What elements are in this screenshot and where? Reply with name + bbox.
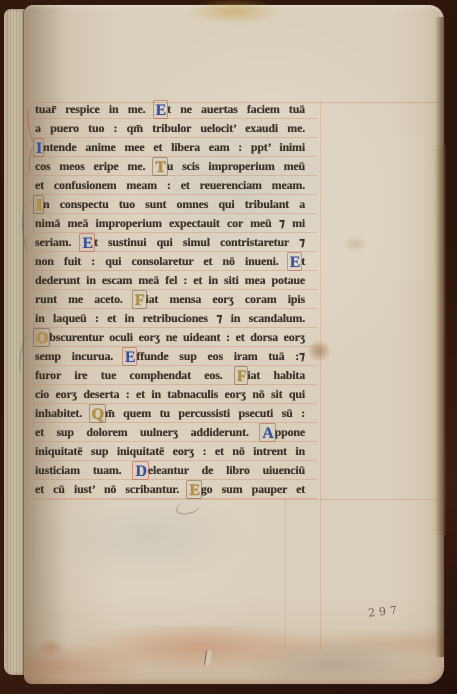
text-line: non fuit : qui consolaretur et nō inueni… <box>35 252 305 271</box>
stain-bottom-band <box>24 626 444 684</box>
stain-smudge <box>342 235 368 253</box>
text-segment: cos meos eripe me. <box>35 159 154 173</box>
text-segment: non fuit : qui consolaretur et nō inueni… <box>35 254 289 268</box>
page-edge-stack <box>4 9 26 675</box>
text-segment: ffunde sup eos iram tuā :⁊ <box>136 349 305 363</box>
text-segment: ntende anime mee et libera eam : ppt’ in… <box>43 140 305 154</box>
text-segment: seriam. <box>35 235 81 249</box>
illuminated-initial-f: F <box>134 292 146 309</box>
illuminated-initial-e: E <box>188 482 200 499</box>
text-segment: inhabitet. <box>35 406 91 420</box>
text-segment: runt me aceto. <box>35 292 134 306</box>
text-segment: n conspectu tuo sunt omnes qui tribulant… <box>43 197 305 211</box>
text-line: inhabitet. Qm̄ quem tu percussisti psecu… <box>35 404 305 423</box>
folio-number: 297 <box>367 603 401 619</box>
text-block: tuar̄ respice in me. Et ne auertas facie… <box>35 100 305 499</box>
illuminated-initial-e: E <box>155 102 167 119</box>
manuscript-page: tuar̄ respice in me. Et ne auertas facie… <box>24 5 444 684</box>
text-segment: iat habita <box>247 368 305 382</box>
text-segment: cio eorʒ deserta : et in tabnaculis eorʒ… <box>35 387 305 401</box>
text-segment: bscurentur oculi eorʒ ne uideant : et do… <box>49 330 305 344</box>
text-line: et cū iust’ nō scribantur. Ego sum paupe… <box>35 480 305 499</box>
text-segment: eleantur de libro uiuenciū <box>148 463 305 477</box>
text-line: et confusionem meam : et reuerenciam mea… <box>35 176 305 195</box>
illuminated-initial-q: Q <box>91 406 105 423</box>
stain-top <box>184 0 284 25</box>
text-line: in laqueū : et in retribuciones ⁊ in sca… <box>35 309 305 328</box>
text-segment: tuar̄ respice in me. <box>35 102 155 116</box>
text-line: Obscurentur oculi eorʒ ne uideant : et d… <box>35 328 305 347</box>
text-line: dederunt in escam meā fel : et in siti m… <box>35 271 305 290</box>
ruling-line-bottom <box>33 499 441 500</box>
text-line: a puero tuo : qm̄ tribulor uelocit’ exau… <box>35 119 305 138</box>
text-segment: et confusionem meam : et reuerenciam mea… <box>35 178 305 192</box>
bottom-mark <box>204 650 212 667</box>
illuminated-initial-e: E <box>289 254 301 271</box>
text-line: et sup dolorem uulnerʒ addiderunt. Appon… <box>35 423 305 442</box>
text-line: tuar̄ respice in me. Et ne auertas facie… <box>35 100 305 119</box>
illuminated-initial-i: I <box>35 197 43 214</box>
text-segment: et sup dolorem uulnerʒ addiderunt. <box>35 425 261 439</box>
text-line: In conspectu tuo sunt omnes qui tribulan… <box>35 195 305 214</box>
text-line: cos meos eripe me. Tu scis improperium m… <box>35 157 305 176</box>
text-segment: iusticiam tuam. <box>35 463 134 477</box>
text-segment: u scis improperium meū <box>167 159 305 173</box>
text-segment: t sustinui qui simul contristaretur ⁊ <box>94 235 305 249</box>
illuminated-initial-f: F <box>236 368 248 385</box>
text-segment: ppone <box>275 425 305 439</box>
text-segment: in laqueū : et in retribuciones ⁊ in sca… <box>35 311 305 325</box>
text-line: nimā meā improperium expectauit cor meū … <box>35 214 305 233</box>
text-line: furor ire tue comphendat eos. Fiat habit… <box>35 366 305 385</box>
text-line: cio eorʒ deserta : et in tabnaculis eorʒ… <box>35 385 305 404</box>
text-segment: a puero tuo : qm̄ tribulor uelocit’ exau… <box>35 121 305 135</box>
penwork-flourish <box>175 499 200 516</box>
text-segment: furor ire tue comphendat eos. <box>35 368 236 382</box>
illuminated-initial-a: A <box>261 425 274 442</box>
fore-edge <box>435 17 444 657</box>
text-segment: m̄ quem tu percussisti psecuti sū : <box>105 406 305 420</box>
ruling-line-vertical-inner <box>285 499 286 649</box>
illuminated-initial-e: E <box>81 235 93 252</box>
text-line: runt me aceto. Fiat mensa eorʒ coram ipi… <box>35 290 305 309</box>
text-segment: et cū iust’ nō scribantur. <box>35 482 188 496</box>
text-segment: iniquitatē sup iniquitatē eorʒ : et nō i… <box>35 444 305 458</box>
stain-showthrough-lower <box>44 485 254 585</box>
ruling-line-vertical-right <box>320 102 321 650</box>
text-line: iniquitatē sup iniquitatē eorʒ : et nō i… <box>35 442 305 461</box>
text-segment: go sum pauper et <box>201 482 305 496</box>
text-line: iusticiam tuam. Deleantur de libro uiuen… <box>35 461 305 480</box>
text-segment: nimā meā improperium expectauit cor meū … <box>35 216 305 230</box>
illuminated-initial-o: O <box>35 330 49 347</box>
illuminated-initial-d: D <box>134 463 147 480</box>
text-segment: semp incurua. <box>35 349 124 363</box>
illuminated-initial-t: T <box>154 159 166 176</box>
text-segment: iat mensa eorʒ coram ipis <box>146 292 306 306</box>
illuminated-initial-i: I <box>35 140 43 157</box>
text-line: semp incurua. Effunde sup eos iram tuā :… <box>35 347 305 366</box>
illuminated-initial-e: E <box>124 349 136 366</box>
text-segment: dederunt in escam meā fel : et in siti m… <box>35 273 305 287</box>
text-line: Intende anime mee et libera eam : ppt’ i… <box>35 138 305 157</box>
stain-spot <box>308 341 330 361</box>
text-segment: t ne auertas faciem tuā <box>167 102 305 116</box>
text-line: seriam. Et sustinui qui simul contristar… <box>35 233 305 252</box>
table-background: tuar̄ respice in me. Et ne auertas facie… <box>0 0 457 694</box>
